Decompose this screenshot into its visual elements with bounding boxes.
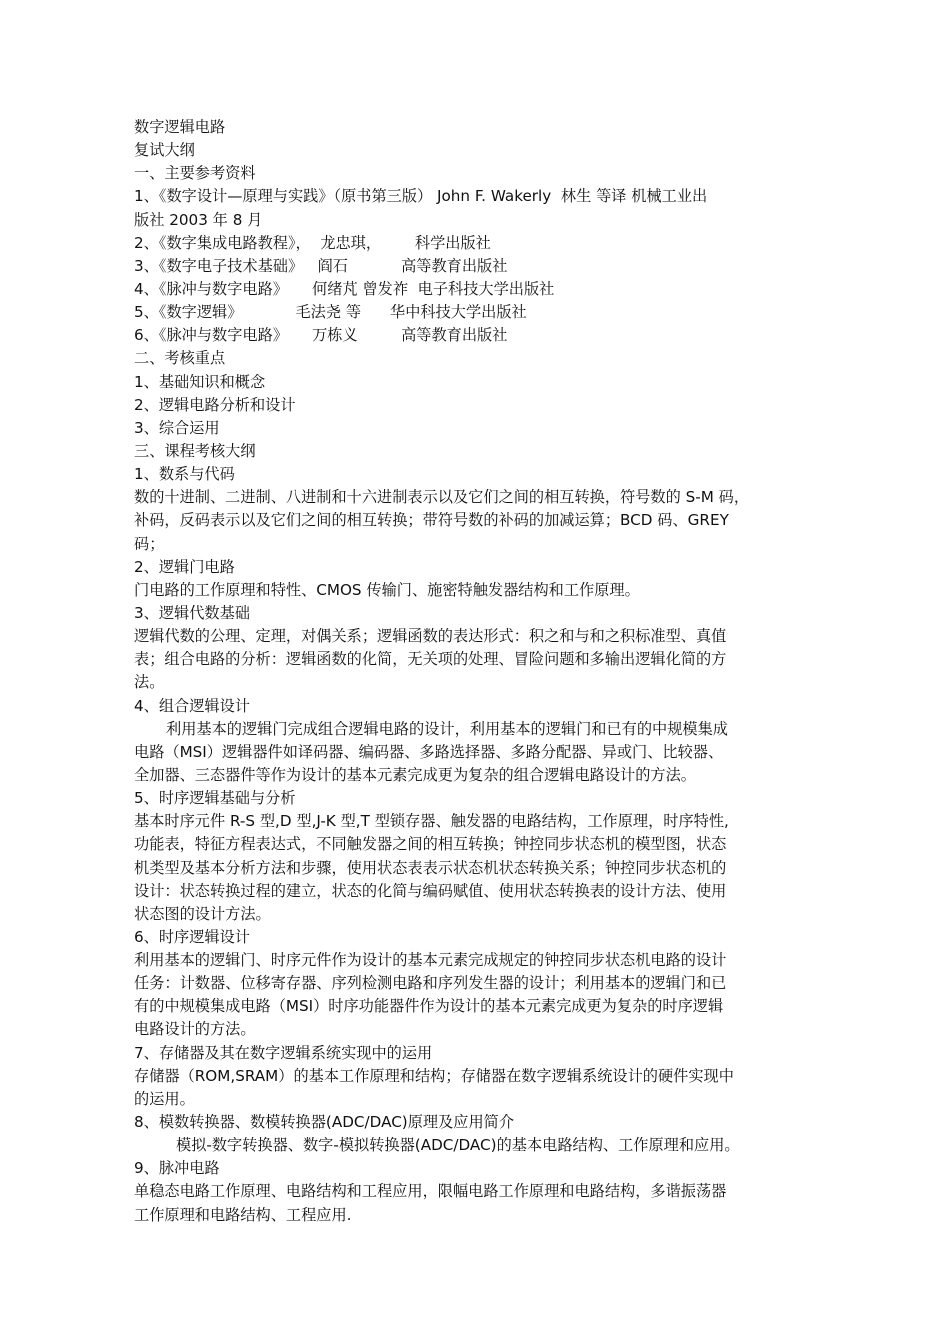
topic-body-line: 任务：计数器、位移寄存器、序列检测电路和序列发生器的设计；利用基本的逻辑门和已 — [134, 972, 824, 995]
reference-line: 4、《脉冲与数字电路》 何绪芃 曾发祚 电子科技大学出版社 — [134, 278, 824, 301]
reference-line: 3、《数字电子技术基础》 阎石 高等教育出版社 — [134, 255, 824, 278]
key-point-item: 3、综合运用 — [134, 417, 824, 440]
topic-title: 4、组合逻辑设计 — [134, 695, 824, 718]
topic-title: 3、逻辑代数基础 — [134, 602, 824, 625]
reference-line: 6、《脉冲与数字电路》 万栋义 高等教育出版社 — [134, 324, 824, 347]
document-title: 数字逻辑电路 — [134, 116, 824, 139]
reference-line: 版社 2003 年 8 月 — [134, 209, 824, 232]
topic-body-line: 基本时序元件 R-S 型,D 型,J-K 型,T 型锁存器、触发器的电路结构，工… — [134, 810, 824, 833]
topic-title: 1、数系与代码 — [134, 463, 824, 486]
reference-line: 5、《数字逻辑》 毛法尧 等 华中科技大学出版社 — [134, 301, 824, 324]
topic-body-line: 设计：状态转换过程的建立，状态的化简与编码赋值、使用状态转换表的设计方法、使用 — [134, 880, 824, 903]
reference-line: 2、《数字集成电路教程》， 龙忠琪， 科学出版社 — [134, 232, 824, 255]
topic-body-line: 逻辑代数的公理、定理，对偶关系；逻辑函数的表达形式：积之和与和之积标准型、真值 — [134, 625, 824, 648]
document-subtitle: 复试大纲 — [134, 139, 824, 162]
topic-title: 7、存储器及其在数字逻辑系统实现中的运用 — [134, 1042, 824, 1065]
topic-body-line: 码； — [134, 533, 824, 556]
section-heading-key-points: 二、考核重点 — [134, 347, 824, 370]
topic-body-line: 单稳态电路工作原理、电路结构和工程应用，限幅电路工作原理和电路结构，多谐振荡器 — [134, 1180, 824, 1203]
topic-title: 8、模数转换器、数模转换器(ADC/DAC)原理及应用简介 — [134, 1111, 824, 1134]
topic-title: 5、时序逻辑基础与分析 — [134, 787, 824, 810]
key-point-item: 2、逻辑电路分析和设计 — [134, 394, 824, 417]
section-heading-syllabus: 三、课程考核大纲 — [134, 440, 824, 463]
topic-body-line: 工作原理和电路结构、工程应用. — [134, 1204, 824, 1227]
topic-body-line: 补码，反码表示以及它们之间的相互转换；带符号数的补码的加减运算；BCD 码、GR… — [134, 509, 824, 532]
topic-body-line: 存储器（ROM,SRAM）的基本工作原理和结构；存储器在数字逻辑系统设计的硬件实… — [134, 1065, 824, 1088]
topic-body-line: 全加器、三态器件等作为设计的基本元素完成更为复杂的组合逻辑电路设计的方法。 — [134, 764, 824, 787]
topic-body-line: 状态图的设计方法。 — [134, 903, 824, 926]
topic-body-line: 电路（MSI）逻辑器件如译码器、编码器、多路选择器、多路分配器、异或门、比较器、 — [134, 741, 824, 764]
reference-line: 1、《数字设计—原理与实践》（原书第三版） John F. Wakerly 林生… — [134, 185, 824, 208]
topic-body-line: 门电路的工作原理和特性、CMOS 传输门、施密特触发器结构和工作原理。 — [134, 579, 824, 602]
topic-body-line: 机类型及基本分析方法和步骤，使用状态表表示状态机状态转换关系；钟控同步状态机的 — [134, 857, 824, 880]
topic-body-line: 的运用。 — [134, 1088, 824, 1111]
topic-title: 9、脉冲电路 — [134, 1157, 824, 1180]
topic-body-line: 法。 — [134, 671, 824, 694]
topic-body-line: 表；组合电路的分析：逻辑函数的化简，无关项的处理、冒险问题和多输出逻辑化简的方 — [134, 648, 824, 671]
topic-title: 2、逻辑门电路 — [134, 556, 824, 579]
topic-body-line: 数的十进制、二进制、八进制和十六进制表示以及它们之间的相互转换，符号数的 S-M… — [134, 486, 824, 509]
key-point-item: 1、基础知识和概念 — [134, 371, 824, 394]
document-page: 数字逻辑电路 复试大纲 一、主要参考资料 1、《数字设计—原理与实践》（原书第三… — [134, 116, 824, 1227]
topic-body-line: 模拟-数字转换器、数字-模拟转换器(ADC/DAC)的基本电路结构、工作原理和应… — [134, 1134, 824, 1157]
topic-body-line: 利用基本的逻辑门完成组合逻辑电路的设计，利用基本的逻辑门和已有的中规模集成 — [134, 718, 824, 741]
section-heading-references: 一、主要参考资料 — [134, 162, 824, 185]
topic-body-line: 有的中规模集成电路（MSI）时序功能器件作为设计的基本元素完成更为复杂的时序逻辑 — [134, 995, 824, 1018]
topic-body-line: 功能表，特征方程表达式，不同触发器之间的相互转换；钟控同步状态机的模型图，状态 — [134, 833, 824, 856]
topic-body-line: 利用基本的逻辑门、时序元件作为设计的基本元素完成规定的钟控同步状态机电路的设计 — [134, 949, 824, 972]
topic-body-line: 电路设计的方法。 — [134, 1018, 824, 1041]
topic-title: 6、时序逻辑设计 — [134, 926, 824, 949]
